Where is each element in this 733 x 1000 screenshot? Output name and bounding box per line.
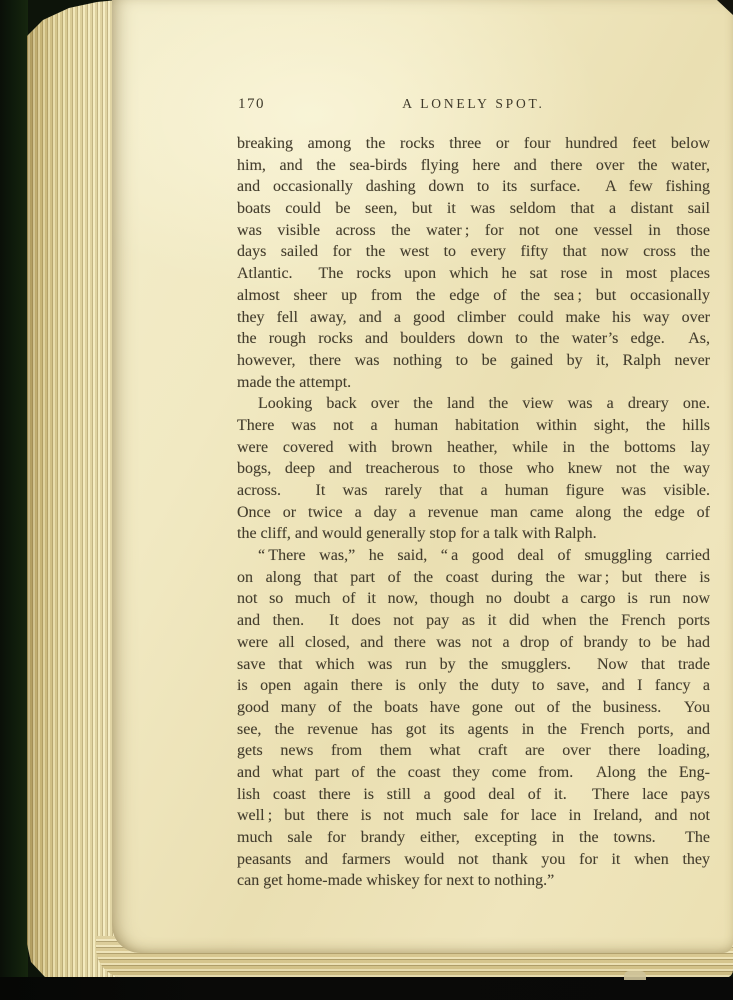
text-line: were covered with brown heather, while i… [237,437,710,459]
page-content: 170 A LONELY SPOT. breaking among the ro… [237,96,710,892]
text-line: on along that part of the coast during t… [237,567,710,589]
text-line: Looking back over the land the view was … [237,393,710,415]
text-line: almost sheer up from the edge of the sea… [237,285,710,307]
text-line: boats could be seen, but it was seldom t… [237,198,710,220]
text-line: made the attempt. [237,372,710,394]
text-block: breaking among the rocks three or four h… [237,133,710,892]
text-line: were all closed, and there was not a dro… [237,632,710,654]
text-line: days sailed for the west to every fifty … [237,241,710,263]
page-edge-highlight-notch [624,971,646,980]
text-line: There was not a human habitation within … [237,415,710,437]
text-line: see, the revenue has got its agents in t… [237,719,710,741]
text-line: the rough rocks and boulders down to the… [237,328,710,350]
text-line: not so much of it now, though no doubt a… [237,588,710,610]
text-line: peasants and farmers would not thank you… [237,849,710,871]
text-line: lish coast there is still a good deal of… [237,784,710,806]
text-line: save that which was run by the smugglers… [237,654,710,676]
book-cover-spine [0,0,28,1000]
text-line: and occasionally dashing down to its sur… [237,176,710,198]
text-line: can get home-made whiskey for next to no… [237,870,710,892]
page-number: 170 [238,96,265,113]
text-line: Once or twice a day a revenue man came a… [237,502,710,524]
book-photo: 170 A LONELY SPOT. breaking among the ro… [0,0,733,1000]
text-line: however, there was nothing to be gained … [237,350,710,372]
running-header: A LONELY SPOT. [237,96,710,112]
text-line: him, and the sea-birds flying here and t… [237,155,710,177]
text-line: was visible across the water ; for not o… [237,220,710,242]
text-line: good many of the boats have gone out of … [237,697,710,719]
text-line: and what part of the coast they come fro… [237,762,710,784]
book-page: 170 A LONELY SPOT. breaking among the ro… [112,0,733,953]
running-header-row: 170 A LONELY SPOT. [237,96,710,112]
text-line: Atlantic. The rocks upon which he sat ro… [237,263,710,285]
text-line: well ; but there is not much sale for la… [237,805,710,827]
text-line: is open again there is only the duty to … [237,675,710,697]
photo-shadow-bottom [0,977,733,1000]
paragraph: breaking among the rocks three or four h… [237,133,710,393]
text-line: the cliff, and would generally stop for … [237,523,710,545]
text-line: and then. It does not pay as it did when… [237,610,710,632]
text-line: bogs, deep and treacherous to those who … [237,458,710,480]
text-line: gets news from them what craft are over … [237,740,710,762]
paragraph: “ There was,” he said, “ a good deal of … [237,545,710,892]
text-line: across. It was rarely that a human figur… [237,480,710,502]
text-line: breaking among the rocks three or four h… [237,133,710,155]
paragraph: Looking back over the land the view was … [237,393,710,545]
page-edge-stack-left [27,0,118,977]
text-line: much sale for brandy either, excepting i… [237,827,710,849]
text-line: “ There was,” he said, “ a good deal of … [237,545,710,567]
text-line: they fell away, and a good climber could… [237,307,710,329]
